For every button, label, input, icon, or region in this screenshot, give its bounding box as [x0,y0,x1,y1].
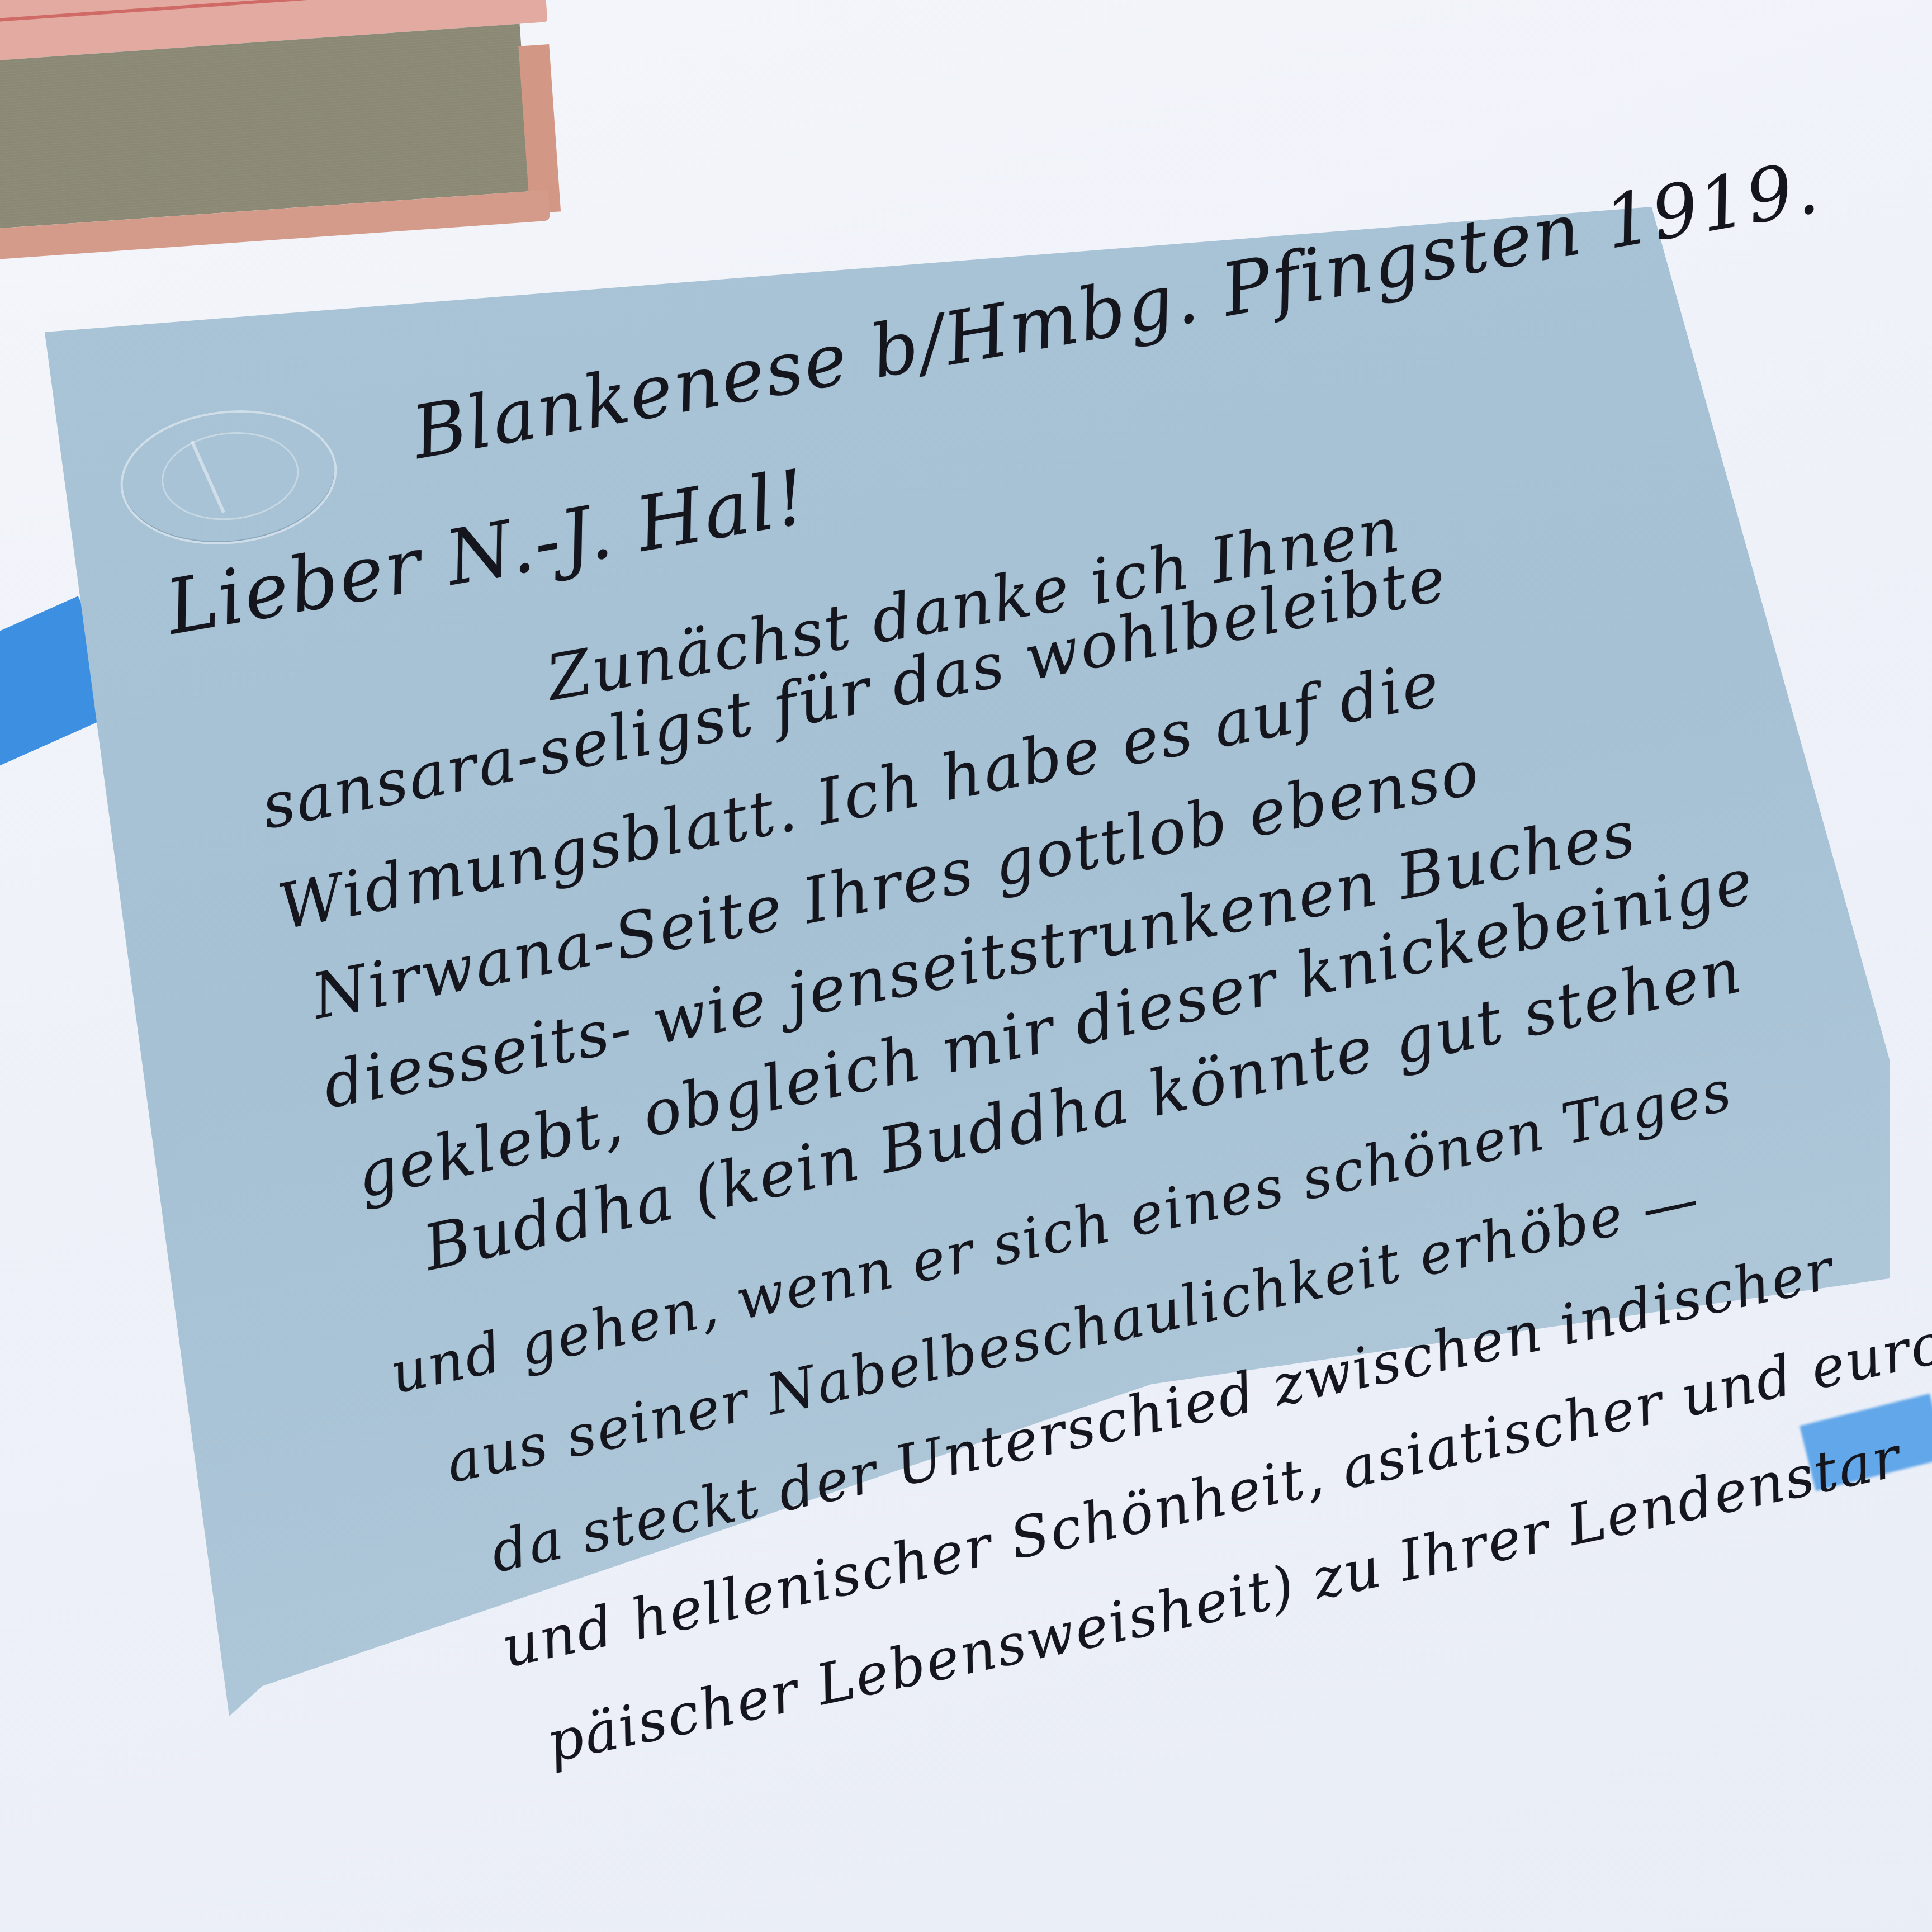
letter-text: Blankenese b/Hmbg. Pfingsten 1919. Liebe… [0,0,1932,1932]
letter-header: Blankenese b/Hmbg. Pfingsten 1919. [406,144,1826,476]
